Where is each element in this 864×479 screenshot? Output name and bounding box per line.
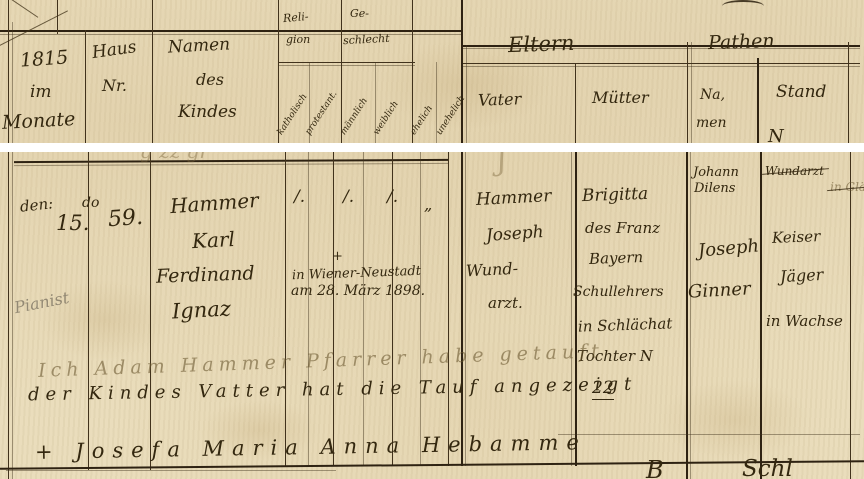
grid-line-vertical (12, 152, 13, 479)
grid-line-vertical (341, 0, 342, 143)
death-note-cross: + (332, 250, 343, 263)
clipped-next-row-fragment: B (646, 458, 664, 479)
godparent-occupation-line1: Keiser (772, 229, 821, 246)
header-pathen-namen: Na, (700, 88, 725, 102)
grid-line-vertical (691, 42, 692, 143)
header-child-name-line2: des (196, 72, 224, 88)
grid-line-vertical (757, 58, 759, 143)
child-given-name-3: Ignaz (171, 298, 231, 322)
father-occupation-line2: arzt. (488, 296, 523, 311)
child-given-name-1: Karl (192, 229, 236, 251)
midwife-note: + Josefa Maria Anna Hebamme (35, 432, 587, 463)
grid-line-vertical (448, 152, 449, 466)
ditto-check-sex: /. (343, 189, 354, 206)
grid-line-vertical (420, 152, 421, 466)
grid-line-vertical (363, 152, 364, 466)
paper-stain (660, 380, 810, 460)
grid-line-horizontal (0, 30, 462, 32)
entry-day: 15. (56, 213, 89, 234)
header-child-name-line3: Kindes (178, 104, 237, 121)
corner-stroke (0, 0, 38, 18)
header-sub-weiblich: weiblich (372, 100, 400, 137)
father-given-name: Joseph (485, 224, 544, 245)
row-separator-line (14, 163, 448, 166)
header-year-line2: im (30, 84, 52, 101)
grid-line-horizontal (558, 434, 860, 435)
grid-line-vertical (571, 152, 572, 466)
grid-line-vertical (848, 42, 849, 143)
godparent-old-occupation-line2: in Glächer (830, 180, 864, 194)
header-house-number-line2: Nr. (102, 78, 127, 94)
godparent-occupation-line3: in Wachse (766, 314, 843, 329)
register-page: 1815 im Monate Haus Nr. Namen des Kindes… (0, 0, 864, 479)
grid-line-vertical (278, 0, 279, 143)
mother-father-place: in Schlächat (578, 316, 673, 334)
grid-line-vertical (465, 152, 466, 466)
header-group-eltern: Eltern (508, 33, 575, 56)
grid-line-horizontal (278, 65, 415, 66)
godparent-given-name: Joseph (697, 237, 759, 260)
grid-line-vertical (850, 152, 851, 479)
mother-father-occupation: Schullehrers (573, 285, 664, 299)
entry-house-number: 59. (107, 207, 143, 231)
grid-line-vertical (8, 152, 9, 479)
header-sub-maennlich: männlich (339, 97, 369, 137)
header-house-number: Haus (91, 39, 138, 62)
grid-line-horizontal (462, 63, 860, 64)
pencil-annotation: Pianist (13, 290, 71, 316)
header-pathen-namen-line2: men (696, 116, 727, 130)
scan-splice-gap (0, 143, 864, 152)
mother-father-name: des Franz (585, 221, 660, 236)
grid-line-vertical (687, 42, 688, 143)
header-year: 1815 (19, 48, 69, 70)
ditto-check-religion: /. (294, 189, 305, 206)
godparent-surname: Ginner (688, 280, 751, 301)
header-sex: Ge- (350, 8, 369, 19)
grid-line-vertical (760, 152, 762, 479)
grid-line-vertical (686, 152, 688, 479)
mother-given-name: Brigitta (582, 186, 649, 205)
father-occupation-line1: Wund- (466, 261, 519, 280)
grid-line-vertical (333, 152, 334, 466)
clipped-next-row-fragment: Schl (742, 458, 793, 479)
header-religion-line2: gion (286, 34, 310, 45)
header-sex-line2: schlecht (343, 33, 390, 46)
header-child-name: Namen (168, 36, 231, 56)
grid-line-horizontal (278, 62, 415, 63)
grid-line-vertical (461, 152, 463, 466)
mother-father-surname: Bayern (589, 250, 644, 267)
header-religion: Reli- (283, 11, 309, 24)
godparent-old-surname: Dilens (694, 182, 735, 195)
godparent-old-occupation-line1: Wundarzt (765, 164, 824, 178)
grid-line-vertical (466, 45, 467, 143)
grid-line-vertical (575, 63, 576, 143)
header-group-pathen: Pathen (708, 32, 775, 53)
header-mutter: Mütter (592, 90, 649, 106)
child-given-name-2: Ferdinand (156, 264, 255, 286)
header-sub-ehelich: ehelich (409, 104, 435, 137)
grid-line-vertical (150, 152, 151, 470)
child-surname: Hammer (169, 190, 259, 216)
grid-line-vertical (152, 0, 153, 143)
godparent-occupation-line2: Jäger (780, 267, 824, 285)
death-note-date: am 28. März 1898. (291, 284, 425, 298)
godparent-old-given-name: Johann (693, 166, 739, 179)
grid-line-vertical (308, 152, 309, 466)
grid-line-vertical (412, 0, 413, 143)
header-vater: Vater (478, 91, 522, 108)
row-separator-line (6, 470, 336, 471)
grid-line-vertical (57, 0, 58, 34)
grid-line-horizontal (0, 34, 462, 35)
death-note-place: in Wiener-Neustadt (292, 265, 421, 282)
entry-day-prefix: den: (19, 196, 54, 214)
ditto-mark: „ (424, 197, 432, 213)
grid-line-vertical (575, 152, 577, 466)
edge-stroke-fragment (722, 0, 764, 12)
header-stand: Stand (776, 84, 826, 101)
grid-line-vertical (690, 152, 691, 479)
ditto-check-legitimate: /. (387, 189, 398, 206)
grid-line-vertical (85, 30, 86, 143)
entry-month-ditto: do (82, 196, 99, 210)
grid-line-vertical (461, 0, 463, 143)
grid-line-horizontal (462, 66, 860, 67)
header-year-line3: Monate (2, 110, 76, 133)
grid-line-vertical (285, 152, 286, 466)
father-surname: Hammer (476, 188, 552, 209)
